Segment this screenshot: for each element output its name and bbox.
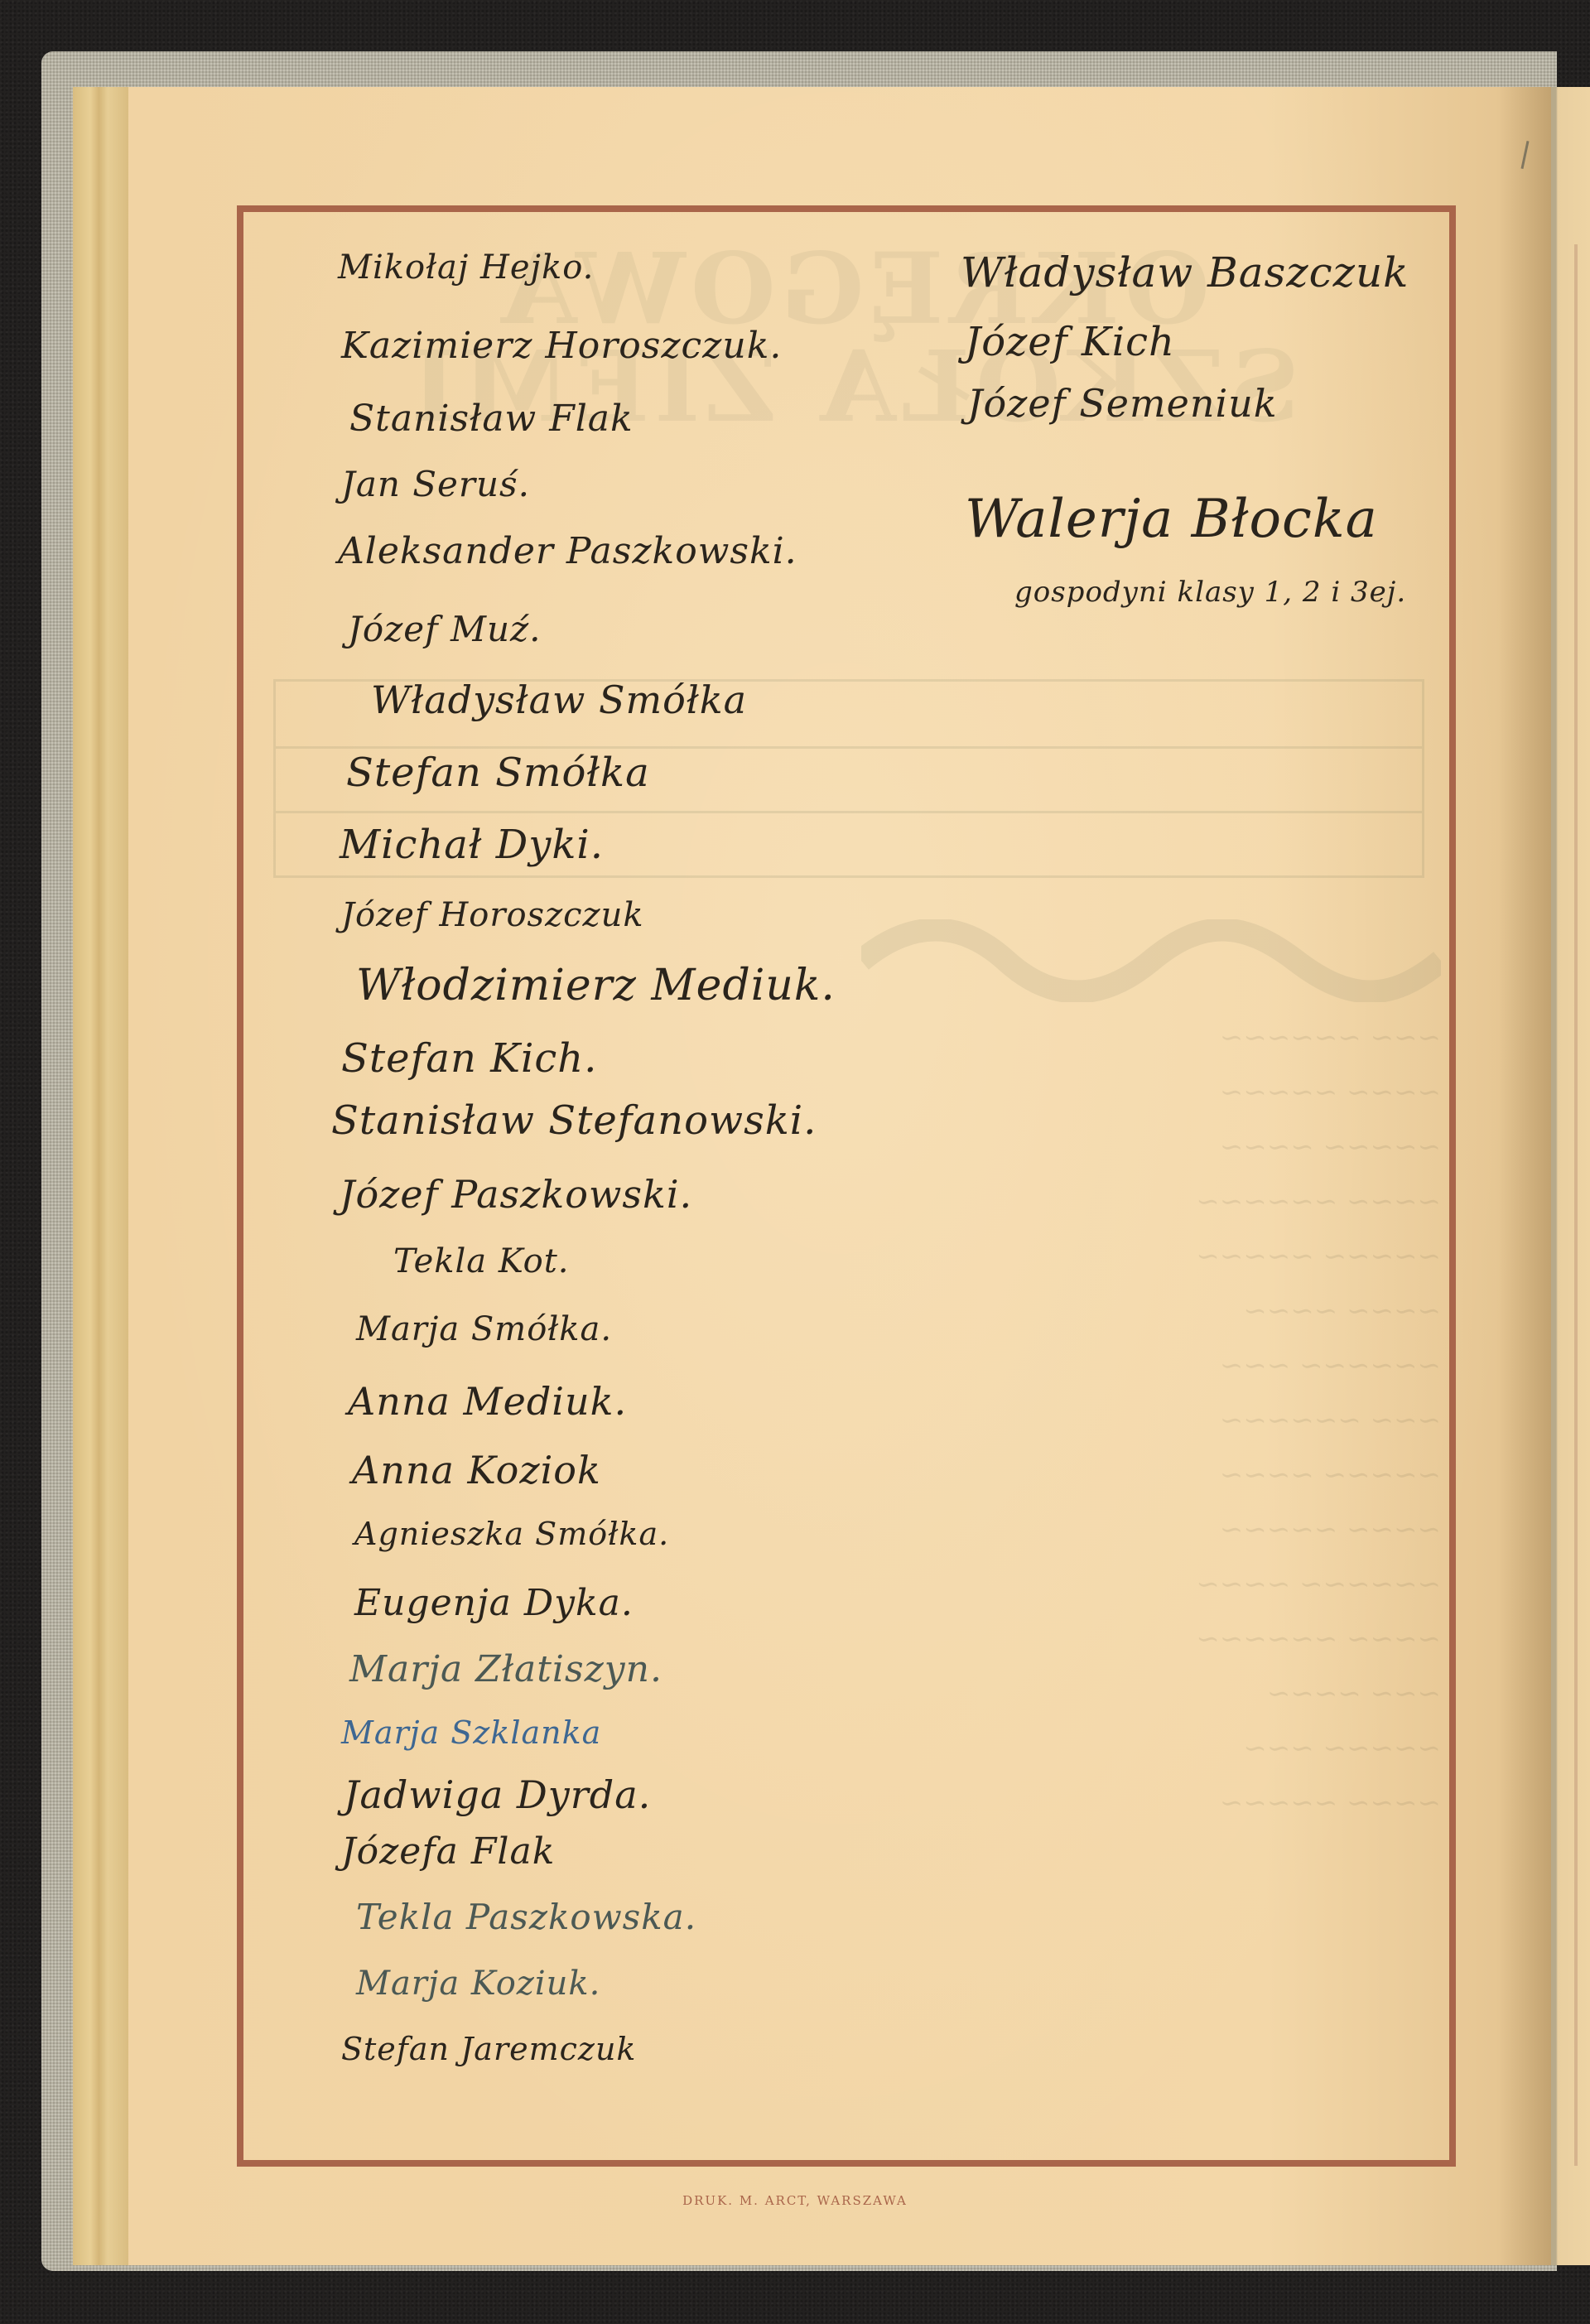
signature: Stanisław Flak	[349, 398, 634, 440]
signature: Władysław Baszczuk	[961, 248, 1409, 297]
signature: Tekla Kot.	[393, 1242, 570, 1280]
signature: Anna Mediuk.	[348, 1379, 627, 1424]
signature: Tekla Paszkowska.	[356, 1897, 696, 1937]
signature: Mikołaj Hejko.	[338, 248, 594, 287]
signature: Kazimierz Horoszczuk.	[341, 325, 782, 367]
gutter-shadow	[1499, 87, 1551, 2265]
signature: Jan Seruś.	[341, 464, 530, 504]
signature: Marja Złatiszyn.	[349, 1648, 662, 1690]
signature: Stefan Smółka	[346, 750, 650, 796]
signature: Jadwiga Dyrda.	[344, 1772, 651, 1817]
signature: Józef Kich	[965, 319, 1175, 365]
signature: Stefan Jaremczuk	[341, 2031, 636, 2067]
signature: Włodzimierz Mediuk.	[356, 961, 836, 1010]
signature: Marja Koziuk.	[356, 1965, 600, 2003]
signature: Józefa Flak	[341, 1830, 555, 1873]
printer-imprint: DRUK. M. ARCT, WARSZAWA	[0, 2193, 1590, 2208]
facing-page-edge	[1551, 87, 1590, 2265]
teacher-role-note: gospodyni klasy 1, 2 i 3ej.	[1014, 576, 1406, 609]
signature: Agnieszka Smółka.	[354, 1516, 669, 1552]
signature: Marja Szklanka	[341, 1714, 601, 1751]
signature: Józef Paszkowski.	[340, 1172, 692, 1217]
signature: Eugenja Dyka.	[354, 1582, 634, 1624]
bleed-through-handwriting: ∼∼∼ ∼∼∼∼∼∼∼∼∼∼ ∼∼∼∼∼∼∼∼∼∼ ∼∼∼∼∼∼∼∼ ∼∼∼∼∼…	[1060, 1010, 1441, 1830]
signature: Stanisław Stefanowski.	[331, 1097, 817, 1144]
signature: Stefan Kich.	[341, 1035, 597, 1082]
signature: Marja Smółka.	[356, 1310, 612, 1348]
signature: Józef Horoszczuk	[341, 896, 644, 934]
signature: Józef Semeniuk	[967, 381, 1278, 426]
signature: Aleksander Paszkowski.	[338, 530, 797, 572]
signature: Anna Koziok	[352, 1448, 601, 1492]
signature: Władysław Smółka	[371, 677, 747, 722]
facing-page-frame-line	[1574, 244, 1578, 2166]
page-stack-edge	[73, 87, 131, 2265]
teacher-signature: Walerja Błocka	[965, 489, 1378, 550]
signature: Michał Dyki.	[340, 822, 604, 868]
signature: Józef Muź.	[348, 609, 542, 649]
